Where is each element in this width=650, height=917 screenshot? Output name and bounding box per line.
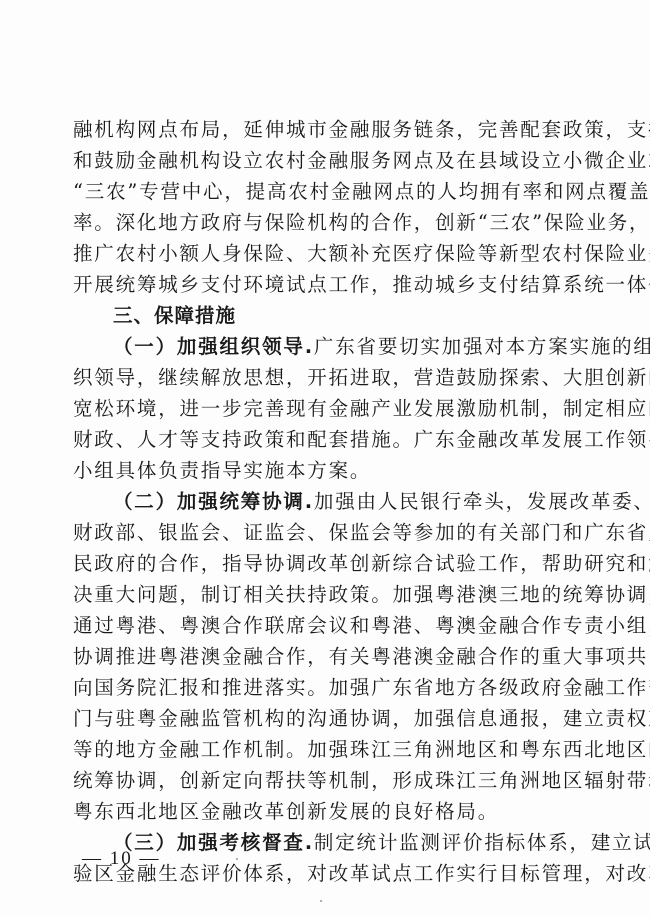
text-line: 决重大问题，制订相关扶持政策。加强粤港澳三地的统筹协调， — [73, 579, 585, 610]
subsection-2-first-line: （二）加强统筹协调.加强由人民银行牵头，发展改革委、 — [73, 486, 585, 517]
text-line: 小组具体负责指导实施本方案。 — [73, 455, 585, 486]
text-span: 广东省要切实加强对本方案实施的组 — [314, 335, 650, 358]
document-page: 融机构网点布局，延伸城市金融服务链条，完善配套政策，支持 和鼓励金融机构设立农村… — [73, 114, 585, 889]
text-line: 率。深化地方政府与保险机构的合作，创新“三农”保险业务， — [73, 207, 585, 238]
text-line: 门与驻粤金融监管机构的沟通协调，加强信息通报，建立责权对 — [73, 703, 585, 734]
text-span: 制定统计监测评价指标体系，建立试 — [314, 831, 650, 854]
scan-speck — [362, 214, 364, 216]
text-line: 宽松环境，进一步完善现有金融产业发展激励机制，制定相应的 — [73, 393, 585, 424]
text-line: 开展统筹城乡支付环境试点工作，推动城乡支付结算系统一体化。 — [73, 269, 585, 300]
text-line: 统筹协调，创新定向帮扶等机制，形成珠江三角洲地区辐射带动 — [73, 765, 585, 796]
text-line: “三农”专营中心，提高农村金融网点的人均拥有率和网点覆盖 — [73, 176, 585, 207]
text-line: 等的地方金融工作机制。加强珠江三角洲地区和粤东西北地区的 — [73, 734, 585, 765]
text-line: 民政府的合作，指导协调改革创新综合试验工作，帮助研究和解 — [73, 548, 585, 579]
text-line: 财政、人才等支持政策和配套措施。广东金融改革发展工作领导 — [73, 424, 585, 455]
subsection-1-title: （一）加强组织领导. — [113, 335, 314, 358]
scan-speck — [320, 900, 322, 902]
section-heading: 三、保障措施 — [73, 300, 585, 331]
text-line: 财政部、银监会、证监会、保监会等参加的有关部门和广东省人 — [73, 517, 585, 548]
subsection-1-first-line: （一）加强组织领导.广东省要切实加强对本方案实施的组 — [73, 331, 585, 362]
text-line: 通过粤港、粤澳合作联席会议和粤港、粤澳金融合作专责小组， — [73, 610, 585, 641]
text-line: 和鼓励金融机构设立农村金融服务网点及在县域设立小微企业或 — [73, 145, 585, 176]
text-span: 加强由人民银行牵头，发展改革委、 — [314, 490, 650, 513]
page-number: — 10 — — [82, 848, 161, 870]
text-line: 协调推进粤港澳金融合作，有关粤港澳金融合作的重大事项共同 — [73, 641, 585, 672]
subsection-2-title: （二）加强统筹协调. — [113, 490, 314, 513]
scan-speck — [236, 858, 238, 860]
text-line: 向国务院汇报和推进落实。加强广东省地方各级政府金融工作部 — [73, 672, 585, 703]
text-line: 织领导，继续解放思想，开拓进取，营造鼓励探索、大胆创新的 — [73, 362, 585, 393]
text-line: 融机构网点布局，延伸城市金融服务链条，完善配套政策，支持 — [73, 114, 585, 145]
text-line: 粤东西北地区金融改革创新发展的良好格局。 — [73, 796, 585, 827]
text-line: 推广农村小额人身保险、大额补充医疗保险等新型农村保险业务。 — [73, 238, 585, 269]
